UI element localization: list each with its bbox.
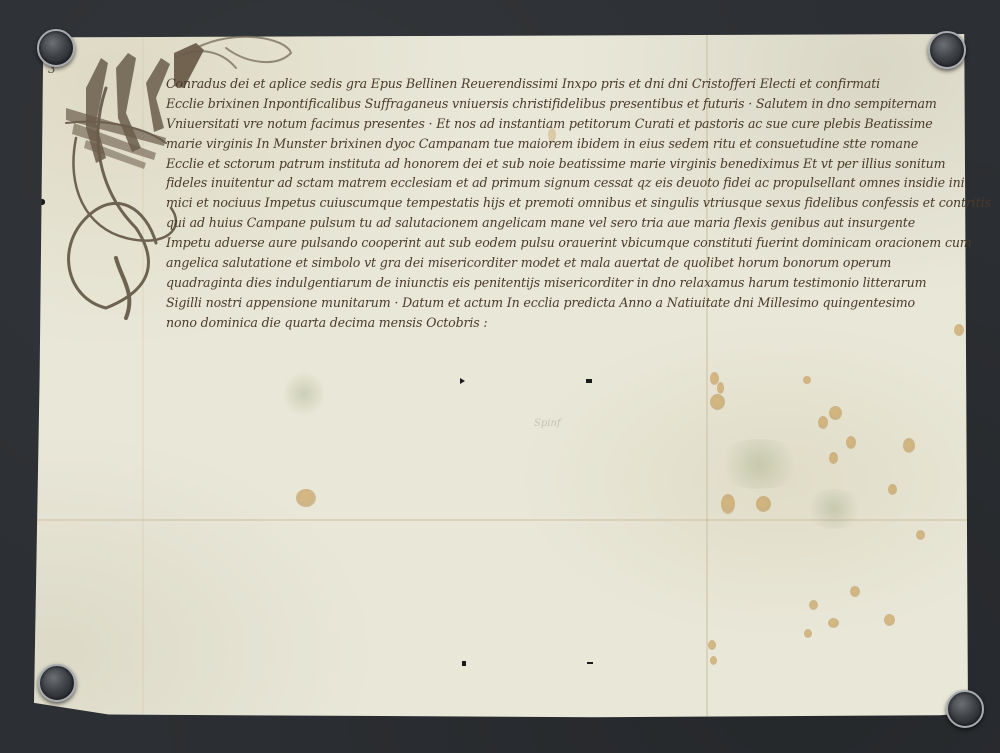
text-line-6: fideles inuitentur ad sctam matrem eccle…	[166, 173, 966, 193]
parchment-hole	[586, 379, 592, 383]
stain	[829, 406, 842, 420]
text-line-12: Sigilli nostri appensione munitarum · Da…	[166, 293, 966, 313]
parchment-hole	[460, 378, 465, 384]
stain	[804, 629, 812, 638]
mounting-pin-top-right	[928, 31, 966, 69]
faint-note: Spinf	[534, 418, 561, 429]
stain	[829, 452, 838, 464]
mounting-pin-bottom-right	[946, 690, 984, 728]
text-line-7: mici et nociuus Impetus cuiuscumque temp…	[166, 193, 966, 213]
stain	[828, 618, 839, 628]
stain	[903, 438, 915, 453]
text-line-9: Impetu aduerse aure pulsando cooperint a…	[166, 233, 966, 253]
discoloration	[804, 489, 864, 529]
text-line-3: Vniuersitati vre notum facimus presentes…	[166, 114, 966, 134]
parchment-hole	[587, 662, 593, 664]
stain	[756, 496, 771, 512]
stain	[818, 416, 828, 429]
mounting-pin-bottom-left	[38, 664, 76, 702]
stain	[708, 640, 716, 650]
text-line-13: nono dominica die quarta decima mensis O…	[166, 313, 966, 333]
charter-text: Conradus dei et aplice sedis gra Epus Be…	[166, 74, 966, 333]
stain	[888, 484, 897, 495]
text-line-2: Ecclie brixinen Inpontificalibus Suffrag…	[166, 94, 966, 114]
stain	[721, 494, 735, 514]
stain	[884, 614, 895, 626]
text-line-11: quadraginta dies indulgentiarum de iniun…	[166, 273, 966, 293]
stain	[296, 489, 316, 507]
text-line-5: Ecclie et sctorum patrum instituta ad ho…	[166, 154, 966, 174]
text-line-4: marie virginis In Munster brixinen dyoc …	[166, 134, 966, 154]
mounting-pin-top-left	[37, 29, 75, 67]
stain	[809, 600, 818, 610]
stain	[850, 586, 860, 597]
stain	[710, 656, 717, 665]
discoloration	[714, 439, 804, 489]
stain	[710, 394, 725, 410]
parchment-hole	[462, 661, 466, 666]
stain	[803, 376, 811, 384]
stain	[916, 530, 925, 540]
stain	[717, 382, 724, 394]
text-line-8: qui ad huius Campane pulsum tu ad saluta…	[166, 213, 966, 233]
text-line-1: Conradus dei et aplice sedis gra Epus Be…	[166, 74, 966, 94]
discoloration	[284, 369, 324, 419]
text-line-10: angelica salutatione et simbolo vt gra d…	[166, 253, 966, 273]
stain	[846, 436, 856, 449]
